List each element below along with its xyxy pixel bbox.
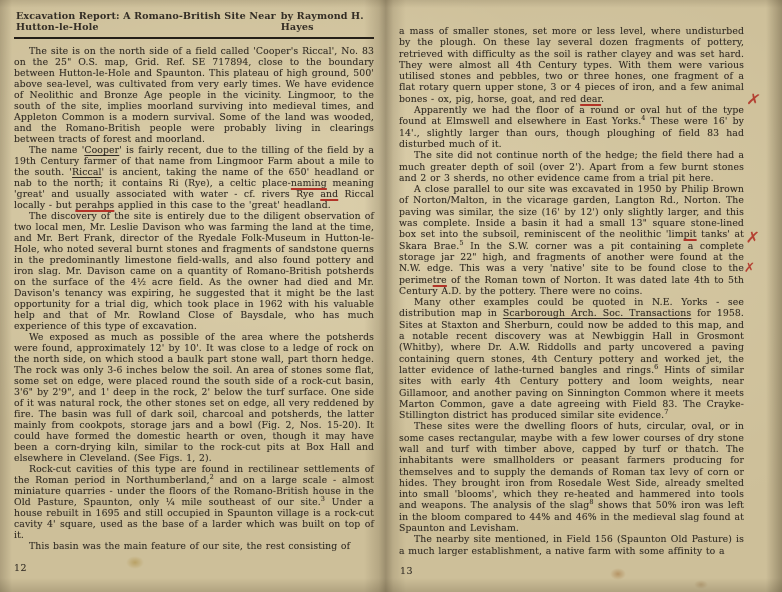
underlined-word: Cooper xyxy=(84,145,119,156)
page-left: Excavation Report: A Romano-British Site… xyxy=(0,0,391,592)
paragraph: The site did not continue north of the h… xyxy=(399,150,744,184)
paragraph: The nearby site mentioned, in Field 156 … xyxy=(399,534,744,557)
footnote-ref: 3 xyxy=(321,495,325,503)
footnote-ref: 5 xyxy=(459,239,463,247)
footnote-ref: 4 xyxy=(641,114,645,122)
paragraph: Many other examples could be quoted in N… xyxy=(399,297,744,421)
footnote-ref: 2 xyxy=(210,473,214,481)
report-byline: by Raymond H. Hayes xyxy=(281,11,372,33)
red-underlined-word: tre xyxy=(433,275,447,286)
report-header: Excavation Report: A Romano-British Site… xyxy=(14,9,374,39)
paragraph: a mass of smaller stones, set more or le… xyxy=(399,26,744,105)
red-underlined-word: perahps xyxy=(75,200,114,211)
report-title: Excavation Report: A Romano-British Site… xyxy=(16,11,281,33)
footnote-ref: 8 xyxy=(589,498,593,506)
page-12-text: The site is on the north side of a field… xyxy=(14,46,374,552)
paragraph: The site is on the north side of a field… xyxy=(14,46,374,145)
page-number-left: 12 xyxy=(14,563,27,574)
footnote-ref: 6 xyxy=(654,363,658,371)
paragraph: This basin was the main feature of our s… xyxy=(14,541,374,552)
book-spread: Excavation Report: A Romano-British Site… xyxy=(0,0,782,592)
red-underlined-word: pit xyxy=(684,229,697,240)
paragraph: The discovery of the site is entirely du… xyxy=(14,211,374,332)
red-underlined-word: and xyxy=(320,189,338,200)
page-right: a mass of smaller stones, set more or le… xyxy=(391,0,782,592)
red-underlined-word: dear xyxy=(580,94,601,105)
paragraph: These sites were the dwelling floors of … xyxy=(399,421,744,534)
page-number-right: 13 xyxy=(400,566,413,577)
underlined-word: Riccal xyxy=(72,167,102,178)
page-13-text: a mass of smaller stones, set more or le… xyxy=(399,26,744,557)
underlined-word: Scarborough Arch. Soc. Transactions xyxy=(503,308,691,319)
footnote-ref: 7 xyxy=(664,408,668,416)
paragraph: We exposed as much as possible of the ar… xyxy=(14,332,374,464)
paragraph: The name 'Cooper' is fairly recent, due … xyxy=(14,145,374,211)
red-underlined-word: naming xyxy=(291,178,327,189)
paragraph: Rock-cut cavities of this type are found… xyxy=(14,464,374,541)
paragraph: A close parallel to our site was excavat… xyxy=(399,184,744,297)
paragraph: Apparently we had the floor of a round o… xyxy=(399,105,744,150)
